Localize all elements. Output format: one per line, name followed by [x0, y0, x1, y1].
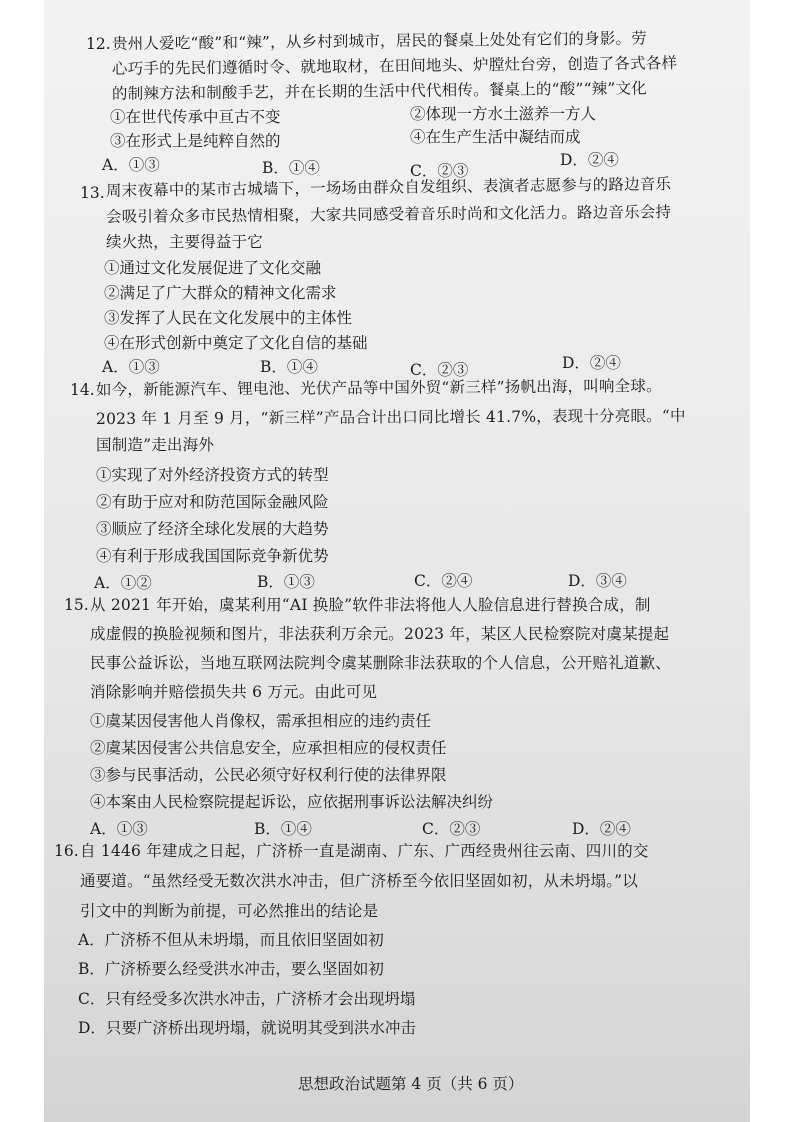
statement-3: ③顺应了经济全球化发展的大趋势 — [96, 519, 329, 539]
question-number: 12. — [86, 34, 111, 54]
choice-c[interactable]: C．只有经受多次洪水冲击，广济桥才会出现坍塌 — [78, 989, 415, 1009]
choice-d[interactable]: D．②④ — [560, 150, 619, 170]
choice-a[interactable]: A．①③ — [102, 357, 160, 377]
statement-1: ①通过文化发展促进了文化交融 — [104, 258, 321, 278]
choice-a[interactable]: A．①③ — [102, 155, 160, 175]
statement-1: ①在世代传承中亘古不变 — [110, 107, 281, 127]
question-stem-line: 通要道。“虽然经受无数次洪水冲击，但广济桥至今依旧坚固如初，从未坍塌。”以 — [80, 871, 638, 891]
choice-d[interactable]: D．只要广济桥出现坍塌，就说明其受到洪水冲击 — [78, 1018, 416, 1038]
question-stem-line: 会吸引着众多市民热情相聚，大家共同感受着音乐时尚和文化活力。路边音乐会持 — [106, 202, 671, 227]
statement-2: ②满足了广大群众的精神文化需求 — [104, 283, 337, 303]
question-stem-line: 2023 年 1 月至 9 月，“新三样”产品合计出口同比增长 41.7%，表现… — [96, 406, 686, 429]
page-footer: 思想政治试题第 4 页（共 6 页） — [298, 1074, 523, 1094]
question-stem-line: 心巧手的先民们遵循时令、就地取材，在田间地头、炉膛灶台旁，创造了各式各样 — [112, 53, 677, 79]
choice-a[interactable]: A．广济桥不但从未坍塌，而且依旧坚固如初 — [78, 930, 384, 950]
question-stem-line: 国制造”走出海外 — [96, 435, 214, 455]
question-stem-line: 贵州人爱吃“酸”和“辣”，从乡村到城市，居民的餐桌上处处有它们的身影。劳 — [112, 28, 647, 54]
statement-2: ②体现一方水土滋养一方人 — [410, 104, 596, 124]
question-number: 14. — [70, 380, 95, 400]
statement-1: ①实现了对外经济投资方式的转型 — [96, 465, 329, 485]
statement-2: ②有助于应对和防范国际金融风险 — [96, 492, 329, 512]
choice-b[interactable]: B．①④ — [262, 158, 320, 178]
statement-4: ④在形式创新中奠定了文化自信的基础 — [104, 333, 368, 353]
choice-b[interactable]: B．①④ — [260, 357, 318, 377]
question-stem-line: 引文中的判断为前提，可必然推出的结论是 — [80, 901, 378, 921]
choice-b[interactable]: B．广济桥要么经受洪水冲击，要么坚固如初 — [78, 959, 384, 979]
choice-b[interactable]: B．①④ — [254, 819, 312, 839]
choice-c[interactable]: C．②④ — [414, 571, 472, 591]
question-stem-line: 周末夜幕中的某市古城墙下，一场场由群众自发组织、表演者志愿参与的路边音乐 — [106, 174, 671, 201]
question-stem-line: 消除影响并赔偿损失共 6 万元。由此可见 — [90, 682, 377, 702]
question-stem-line: 成虚假的换脸视频和图片，非法获利万余元。2023 年，某区人民检察院对虞某提起 — [90, 624, 669, 644]
question-stem-line: 从 2021 年开始，虞某利用“AI 换脸”软件非法将他人人脸信息进行替换合成，… — [90, 595, 651, 615]
statement-1: ①虞某因侵害他人肖像权，需承担相应的违约责任 — [90, 711, 431, 731]
choice-b[interactable]: B．①③ — [257, 572, 315, 592]
question-number: 15. — [64, 595, 89, 615]
statement-3: ③在形式上是纯粹自然的 — [110, 131, 281, 151]
statement-2: ②虞某因侵害公共信息安全，应承担相应的侵权责任 — [90, 738, 447, 758]
statement-3: ③参与民事活动，公民必须守好权利行使的法律界限 — [90, 765, 447, 785]
question-stem-line: 民事公益诉讼，当地互联网法院判令虞某删除非法获取的个人信息，公开赔礼道歉、 — [90, 653, 671, 673]
statement-4: ④本案由人民检察院提起诉讼，应依据刑事诉讼法解决纠纷 — [90, 792, 493, 812]
choice-d[interactable]: D．②④ — [562, 353, 621, 373]
choice-d[interactable]: D．③④ — [568, 571, 627, 591]
choice-d[interactable]: D．②④ — [572, 819, 631, 839]
choice-a[interactable]: A．①② — [94, 573, 152, 593]
statement-4: ④在生产生活中凝结而成 — [410, 127, 581, 147]
statement-3: ③发挥了人民在文化发展中的主体性 — [104, 308, 352, 328]
question-stem-line: 如今，新能源汽车、锂电池、光伏产品等中国外贸“新三样”扬帆出海，叫响全球。 — [96, 376, 662, 400]
exam-page: 12. 贵州人爱吃“酸”和“辣”，从乡村到城市，居民的餐桌上处处有它们的身影。劳… — [44, 0, 750, 1122]
statement-4: ④有利于形成我国国际竞争新优势 — [96, 546, 329, 566]
question-stem-line: 的制辣方法和制酸手艺，并在长期的生活中代代相传。餐桌上的“酸”“辣”文化 — [112, 78, 647, 104]
question-stem-line: 续火热，主要得益于它 — [106, 232, 263, 252]
question-stem-line: 自 1446 年建成之日起，广济桥一直是湖南、广东、广西经贵州往云南、四川的交 — [80, 841, 649, 861]
question-number: 13. — [80, 183, 105, 203]
question-number: 16. — [54, 841, 79, 861]
choice-a[interactable]: A．①③ — [90, 819, 148, 839]
choice-c[interactable]: C．②③ — [422, 819, 480, 839]
